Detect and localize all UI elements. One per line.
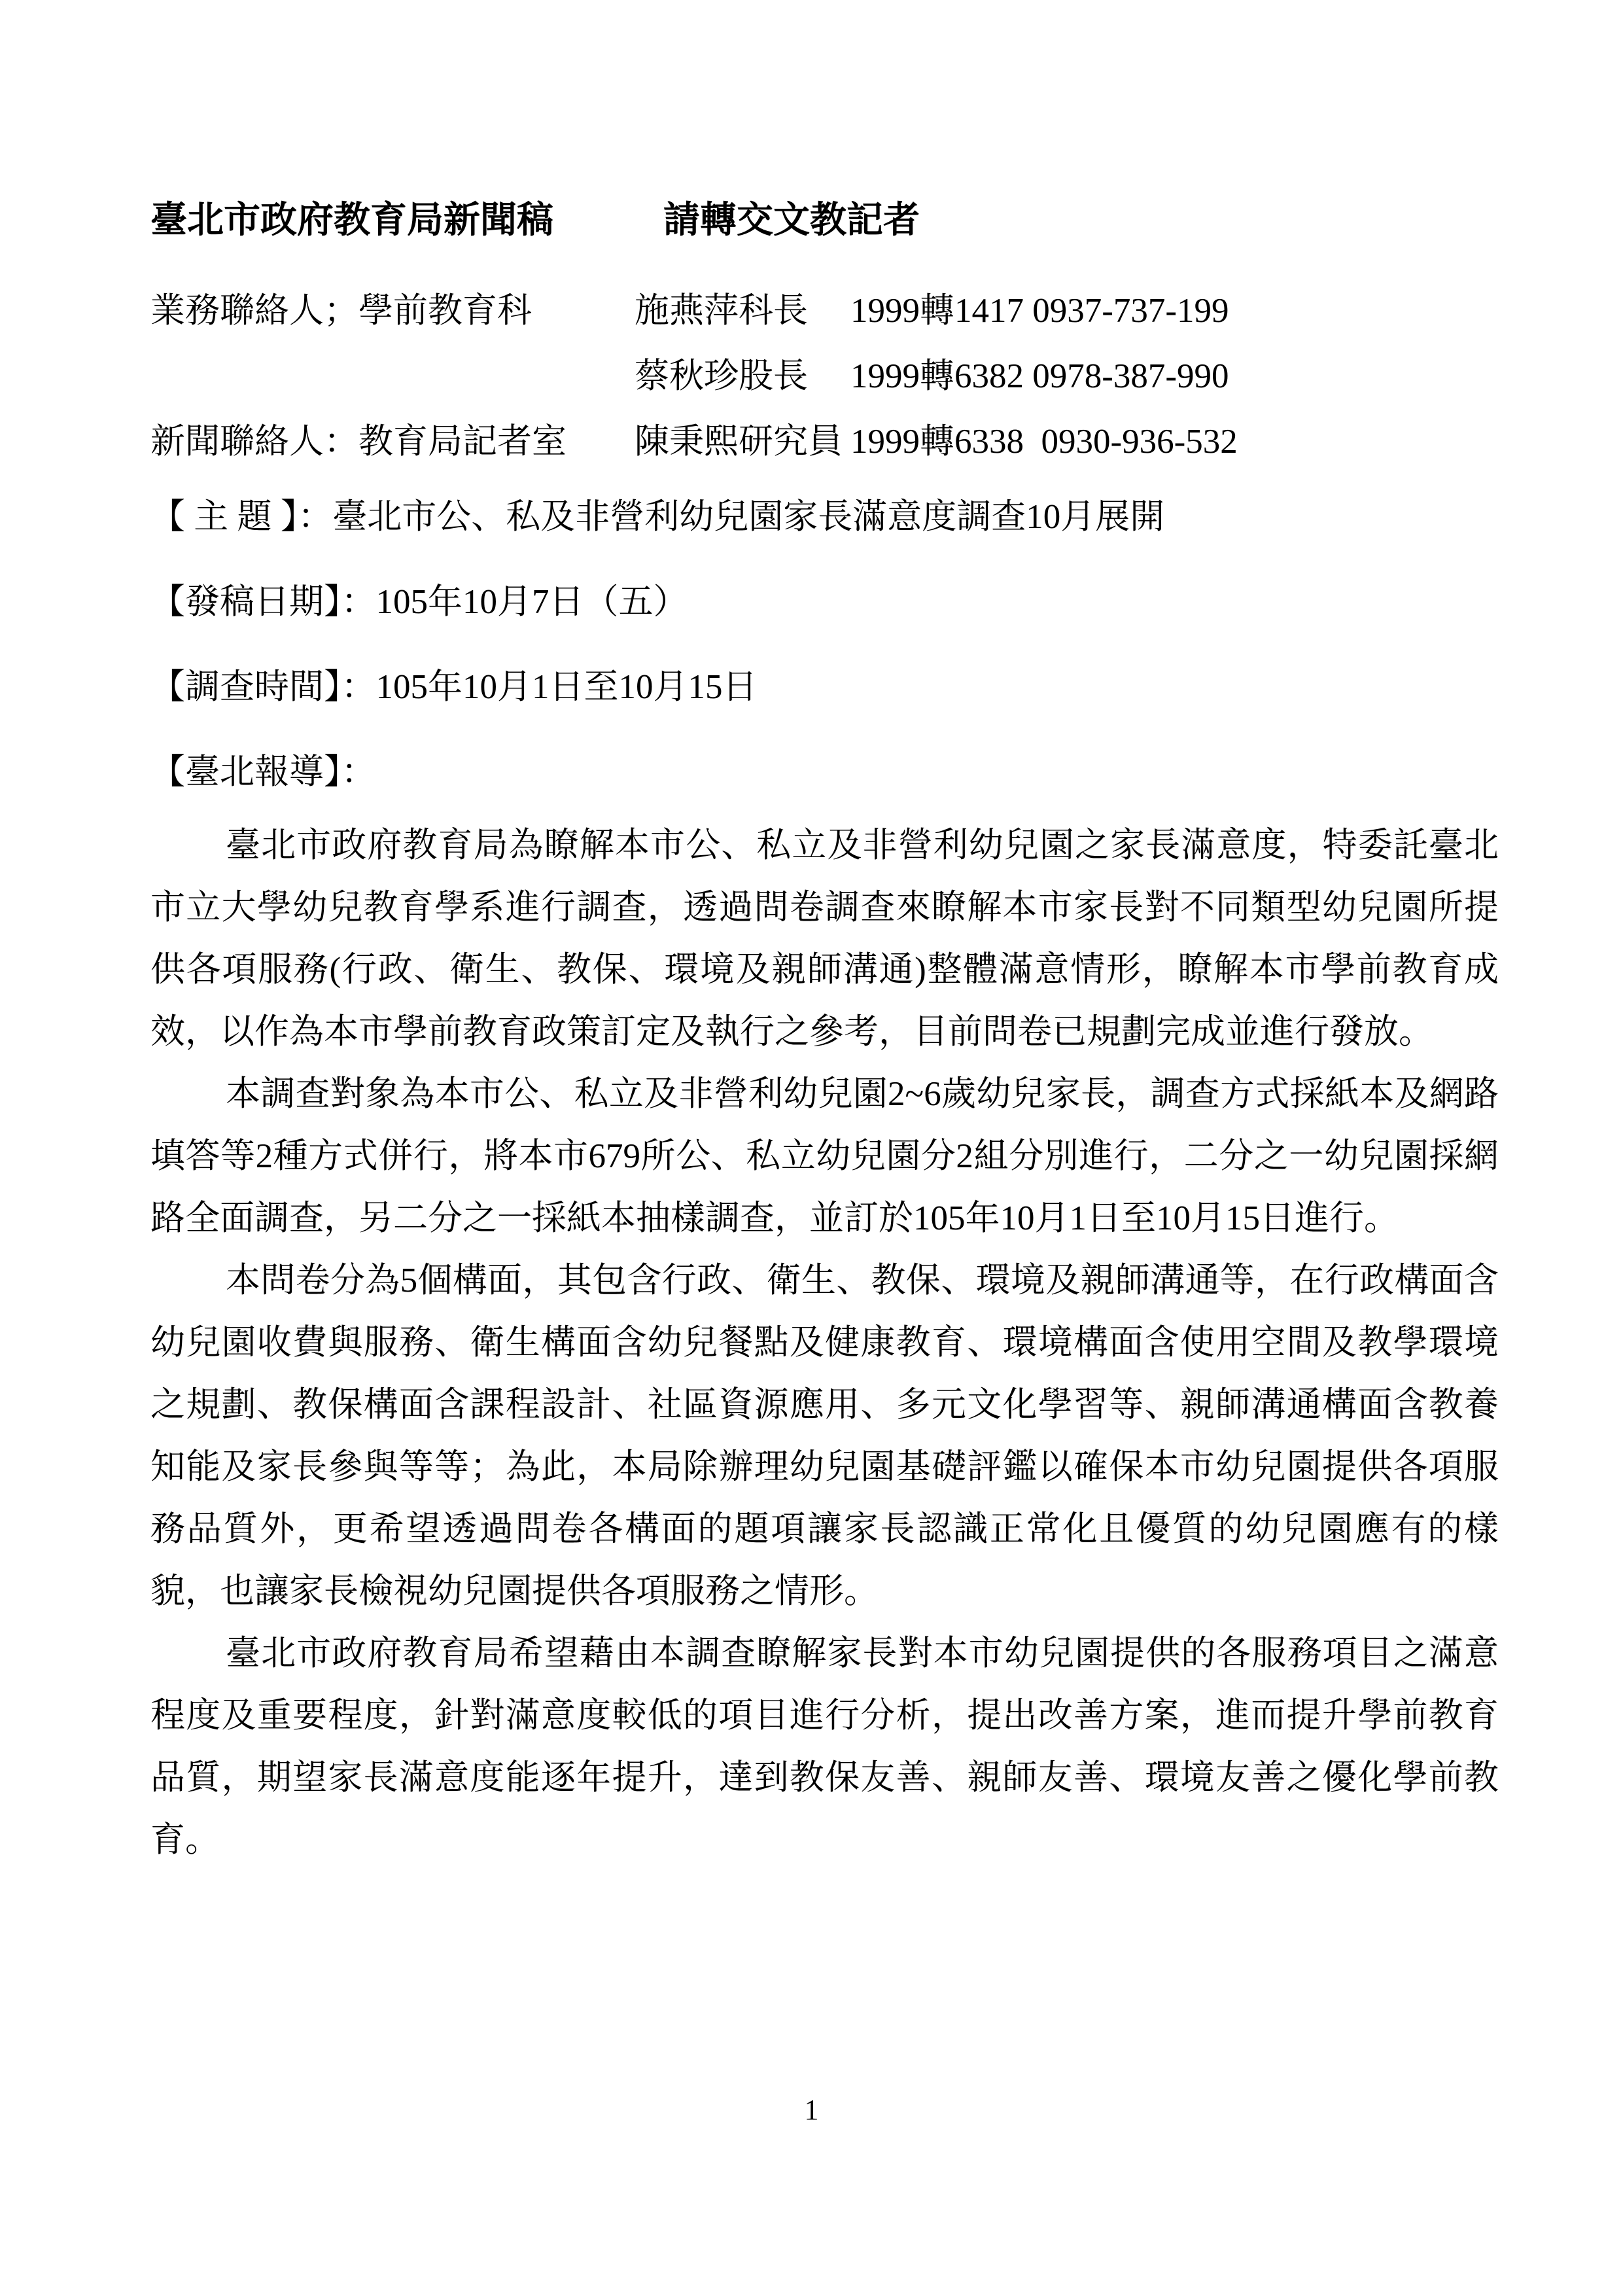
- meta-survey-period: 【調查時間】：105年10月1日至10月15日: [150, 645, 1499, 730]
- contact-row-press: 新聞聯絡人：教育局記者室 陳秉熙研究員 1999轉6338 0930-936-5…: [150, 409, 1499, 474]
- contact-person: 施燕萍科長: [635, 278, 850, 344]
- contact-label: [150, 344, 635, 409]
- contact-block: 業務聯絡人；學前教育科 施燕萍科長 1999轉1417 0937-737-199…: [150, 278, 1499, 474]
- page-number: 1: [805, 2094, 819, 2126]
- meta-release-date: 【發稿日期】：105年10月7日（五）: [150, 559, 1499, 645]
- contact-phone: 1999轉1417 0937-737-199: [850, 278, 1229, 344]
- document-header: 臺北市政府教育局新聞稿 請轉交文教記者: [150, 196, 1499, 245]
- meta-dateline: 【臺北報導】：: [150, 730, 1499, 815]
- contact-phone: 1999轉6382 0978-387-990: [850, 344, 1229, 409]
- contact-label: 新聞聯絡人：教育局記者室: [150, 409, 635, 474]
- contact-row-business-2: 蔡秋珍股長 1999轉6382 0978-387-990: [150, 344, 1499, 409]
- press-release-page: 臺北市政府教育局新聞稿 請轉交文教記者 業務聯絡人；學前教育科 施燕萍科長 19…: [0, 0, 1623, 2296]
- paragraph-4: 臺北市政府教育局希望藉由本調查瞭解家長對本市幼兒園提供的各服務項目之滿意程度及重…: [150, 1623, 1499, 1871]
- paragraph-2: 本調查對象為本市公、私立及非營利幼兒園2~6歲幼兒家長，調查方式採紙本及網路填答…: [150, 1063, 1499, 1250]
- meta-block: 【 主 題 】：臺北市公、私及非營利幼兒園家長滿意度調查10月展開 【發稿日期】…: [150, 474, 1499, 815]
- paragraph-3: 本問卷分為5個構面，其包含行政、衛生、教保、環境及親師溝通等，在行政構面含幼兒園…: [150, 1250, 1499, 1623]
- contact-phone: 1999轉6338 0930-936-532: [850, 409, 1238, 474]
- meta-subject: 【 主 題 】：臺北市公、私及非營利幼兒園家長滿意度調查10月展開: [150, 474, 1499, 559]
- contact-person: 陳秉熙研究員: [635, 409, 850, 474]
- contact-label: 業務聯絡人；學前教育科: [150, 278, 635, 344]
- paragraph-1: 臺北市政府教育局為瞭解本市公、私立及非營利幼兒園之家長滿意度，特委託臺北市立大學…: [150, 815, 1499, 1063]
- article-body: 臺北市政府教育局為瞭解本市公、私立及非營利幼兒園之家長滿意度，特委託臺北市立大學…: [150, 815, 1499, 1871]
- page-footer: 1: [0, 2091, 1623, 2130]
- contact-person: 蔡秋珍股長: [635, 344, 850, 409]
- document-title-note: 請轉交文教記者: [663, 196, 920, 245]
- contact-row-business: 業務聯絡人；學前教育科 施燕萍科長 1999轉1417 0937-737-199: [150, 278, 1499, 344]
- document-title: 臺北市政府教育局新聞稿: [150, 196, 663, 245]
- page-content: 臺北市政府教育局新聞稿 請轉交文教記者 業務聯絡人；學前教育科 施燕萍科長 19…: [150, 196, 1499, 1871]
